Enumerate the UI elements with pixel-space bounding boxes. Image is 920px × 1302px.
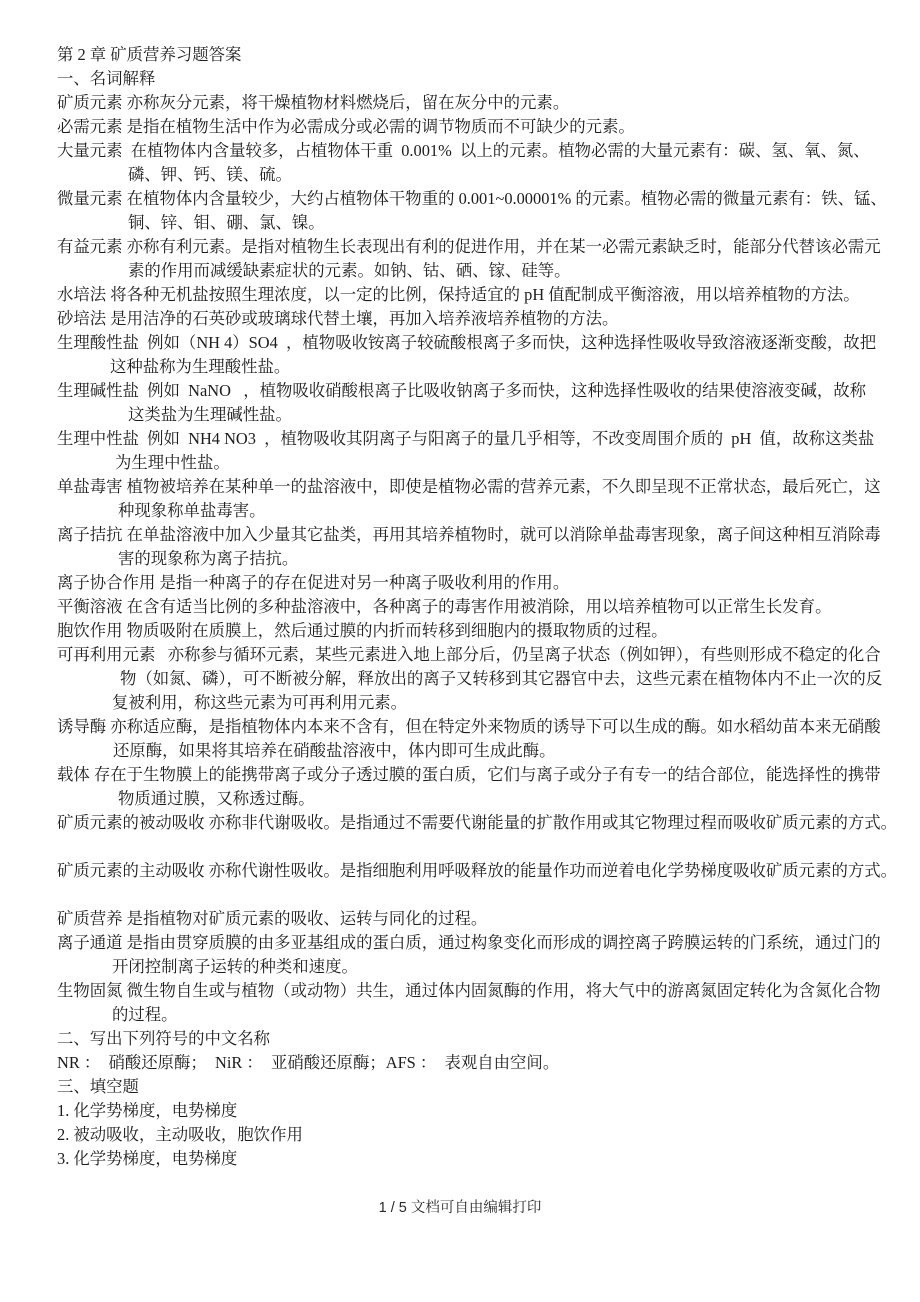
footer-text: 1 / 5 文档可自由编辑打印	[379, 1200, 542, 1216]
section-heading: 一、名词解释	[57, 67, 905, 91]
definition-line: NR ： 硝酸还原酶； NiR ： 亚硝酸还原酶；AFS ： 表观自由空间。	[57, 1051, 905, 1075]
blank-line	[57, 835, 905, 859]
definition-line: 物质通过膜，又称透过酶。	[57, 787, 905, 811]
definition-line: 这类盐为生理碱性盐。	[57, 403, 905, 427]
blank-line	[57, 883, 905, 907]
document-title: 第 2 章 矿质营养习题答案	[57, 43, 905, 67]
definition-line: 必需元素 是指在植物生活中作为必需成分或必需的调节物质而不可缺少的元素。	[57, 115, 905, 139]
definition-line: 为生理中性盐。	[57, 451, 905, 475]
definition-line: 可再利用元素 亦称参与循环元素，某些元素进入地上部分后，仍呈离子状态（例如钾），…	[57, 643, 905, 667]
document-body: 第 2 章 矿质营养习题答案一、名词解释矿质元素 亦称灰分元素，将干燥植物材料燃…	[57, 43, 905, 1171]
definition-line: 离子协合作用 是指一种离子的存在促进对另一种离子吸收利用的作用。	[57, 571, 905, 595]
definition-line: 素的作用而减缓缺素症状的元素。如钠、钴、硒、镓、硅等。	[57, 259, 905, 283]
definition-line: 胞饮作用 物质吸附在质膜上，然后通过膜的内折而转移到细胞内的摄取物质的过程。	[57, 619, 905, 643]
definition-line: 矿质元素 亦称灰分元素，将干燥植物材料燃烧后，留在灰分中的元素。	[57, 91, 905, 115]
list-item: 2. 被动吸收，主动吸收，胞饮作用	[57, 1123, 905, 1147]
definition-line: 平衡溶液 在含有适当比例的多种盐溶液中，各种离子的毒害作用被消除，用以培养植物可…	[57, 595, 905, 619]
definition-line: 开闭控制离子运转的种类和速度。	[57, 955, 905, 979]
definition-line: 这种盐称为生理酸性盐。	[57, 355, 905, 379]
definition-line: 诱导酶 亦称适应酶，是指植物体内本来不含有，但在特定外来物质的诱导下可以生成的酶…	[57, 715, 905, 739]
definition-line: 离子通道 是指由贯穿质膜的由多亚基组成的蛋白质，通过构象变化而形成的调控离子跨膜…	[57, 931, 905, 955]
section-heading: 二、写出下列符号的中文名称	[57, 1027, 905, 1051]
definition-line: 生理酸性盐 例如（NH 4）SO4 ，植物吸收铵离子较硫酸根离子多而快，这种选择…	[57, 331, 905, 355]
definition-line: 水培法 将各种无机盐按照生理浓度，以一定的比例，保持适宜的 pH 值配制成平衡溶…	[57, 283, 905, 307]
list-item: 1. 化学势梯度，电势梯度	[57, 1099, 905, 1123]
definition-line: 还原酶，如果将其培养在硝酸盐溶液中，体内即可生成此酶。	[57, 739, 905, 763]
definition-line: 物（如氮、磷），可不断被分解，释放出的离子又转移到其它器官中去，这些元素在植物体…	[57, 667, 905, 691]
definition-line: 矿质营养 是指植物对矿质元素的吸收、运转与同化的过程。	[57, 907, 905, 931]
definition-line: 大量元素 在植物体内含量较多，占植物体干重 0.001% 以上的元素。植物必需的…	[57, 139, 905, 163]
definition-line: 矿质元素的被动吸收 亦称非代谢吸收。是指通过不需要代谢能量的扩散作用或其它物理过…	[57, 811, 905, 835]
definition-line: 砂培法 是用洁净的石英砂或玻璃球代替土壤，再加入培养液培养植物的方法。	[57, 307, 905, 331]
definition-line: 离子拮抗 在单盐溶液中加入少量其它盐类，再用其培养植物时，就可以消除单盐毒害现象…	[57, 523, 905, 547]
definition-line: 生物固氮 微生物自生或与植物（或动物）共生，通过体内固氮酶的作用，将大气中的游离…	[57, 979, 905, 1003]
definition-line: 有益元素 亦称有利元素。是指对植物生长表现出有利的促进作用，并在某一必需元素缺乏…	[57, 235, 905, 259]
definition-line: 的过程。	[57, 1003, 905, 1027]
definition-line: 种现象称单盐毒害。	[57, 499, 905, 523]
list-item: 3. 化学势梯度，电势梯度	[57, 1147, 905, 1171]
definition-line: 生理中性盐 例如 NH4 NO3 ，植物吸收其阴离子与阳离子的量几乎相等，不改变…	[57, 427, 905, 451]
definition-line: 矿质元素的主动吸收 亦称代谢性吸收。是指细胞利用呼吸释放的能量作功而逆着电化学势…	[57, 859, 905, 883]
definition-line: 生理碱性盐 例如 NaNO ，植物吸收硝酸根离子比吸收钠离子多而快，这种选择性吸…	[57, 379, 905, 403]
definition-line: 单盐毒害 植物被培养在某种单一的盐溶液中，即使是植物必需的营养元素，不久即呈现不…	[57, 475, 905, 499]
document-page: 第 2 章 矿质营养习题答案一、名词解释矿质元素 亦称灰分元素，将干燥植物材料燃…	[0, 0, 920, 1302]
definition-line: 铜、锌、钼、硼、氯、镍。	[57, 211, 905, 235]
definition-line: 磷、钾、钙、镁、硫。	[57, 163, 905, 187]
definition-line: 微量元素 在植物体内含量较少，大约占植物体干物重的 0.001~0.00001%…	[57, 187, 905, 211]
definition-line: 复被利用，称这些元素为可再利用元素。	[57, 691, 905, 715]
definition-line: 载体 存在于生物膜上的能携带离子或分子透过膜的蛋白质，它们与离子或分子有专一的结…	[57, 763, 905, 787]
page-footer: 1 / 5 文档可自由编辑打印	[0, 1196, 920, 1217]
definition-line: 害的现象称为离子拮抗。	[57, 547, 905, 571]
section-heading: 三、填空题	[57, 1075, 905, 1099]
